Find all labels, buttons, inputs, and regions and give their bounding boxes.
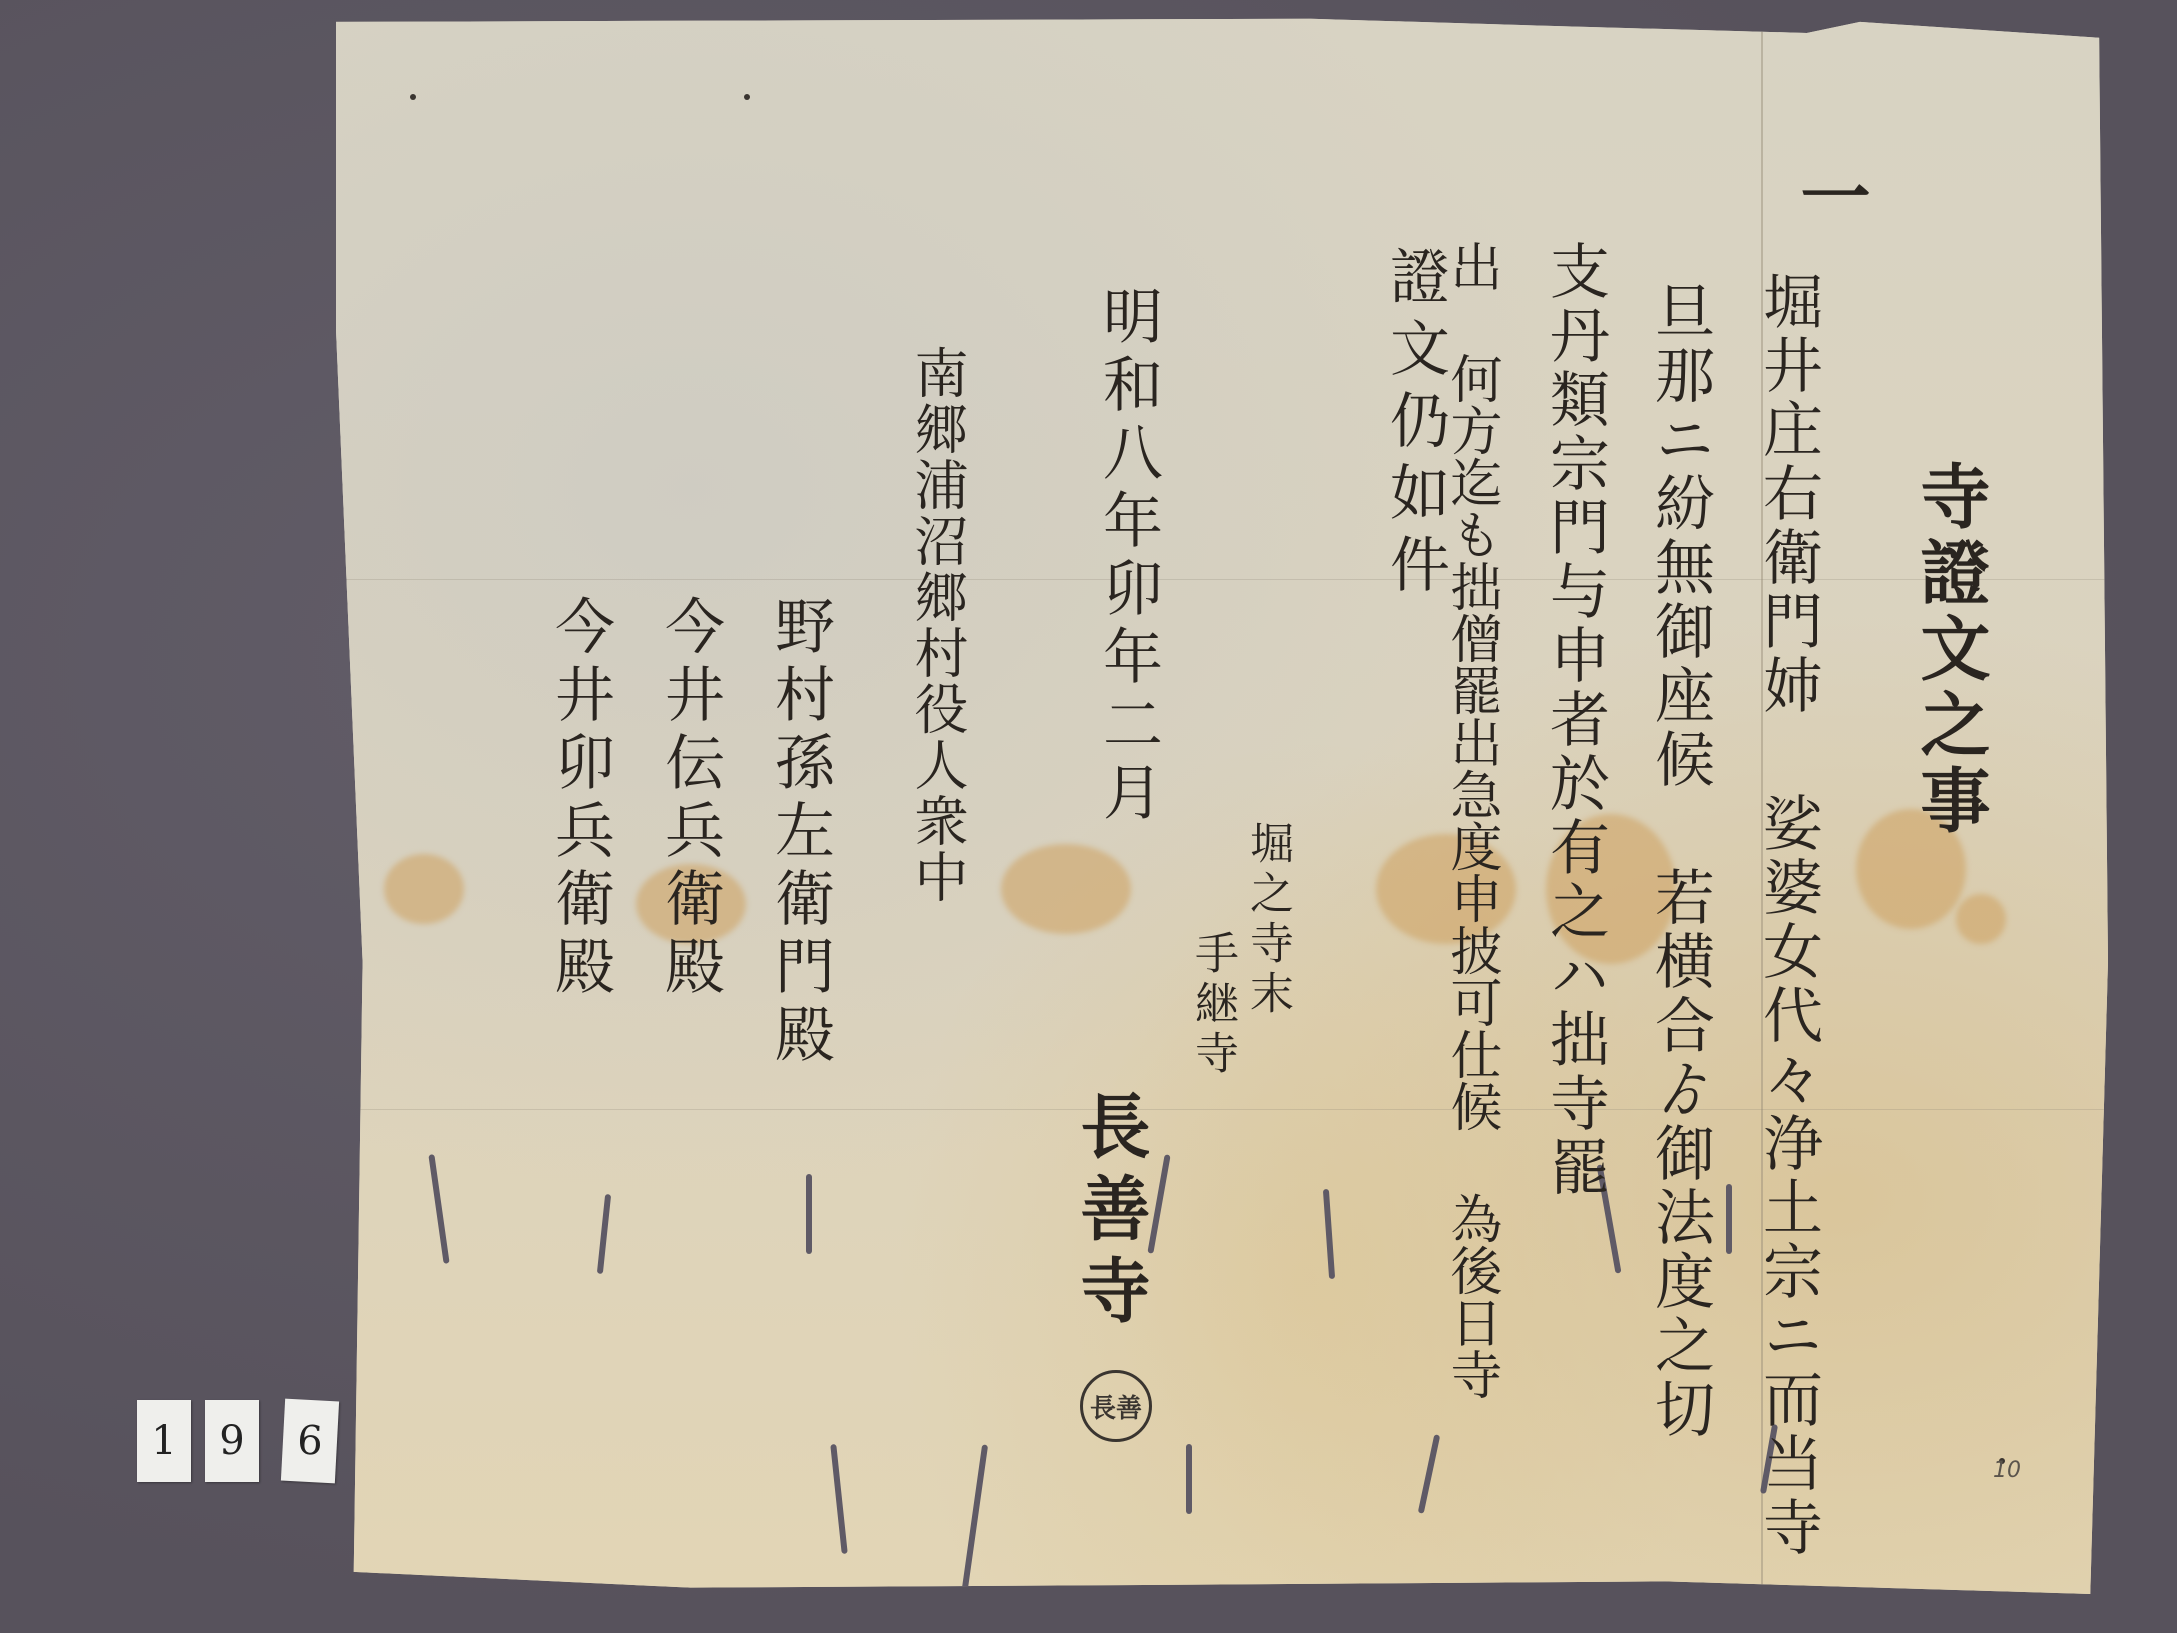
- worm-hole: [960, 1444, 988, 1603]
- recipient-1: 野村孫左衛門殿: [770, 595, 830, 1071]
- water-stain: [384, 854, 464, 924]
- pencil-note: 10: [1993, 1458, 2021, 1483]
- water-stain: [1001, 844, 1131, 934]
- catalog-digit: 6: [281, 1399, 339, 1484]
- temple-seal: 長善: [1080, 1370, 1152, 1442]
- worm-hole: [597, 1194, 611, 1274]
- document-title: 寺證文之事: [1915, 460, 1985, 840]
- body-column-2: 旦那ニ紛無御座候 若横合ゟ御法度之切: [1650, 280, 1710, 1442]
- worm-hole: [1323, 1189, 1335, 1279]
- pin-mark: [744, 94, 750, 100]
- document-date: 明和八年卯年二月: [1098, 285, 1158, 829]
- horizontal-crease: [336, 1109, 2108, 1110]
- worm-hole: [830, 1444, 847, 1554]
- signatory-role: 手継寺: [1190, 930, 1234, 1080]
- recipient-3: 今井卯兵衛殿: [550, 595, 610, 1003]
- water-stain: [1956, 894, 2006, 944]
- worm-hole: [428, 1154, 449, 1264]
- signatory-location: 堀之寺末: [1245, 820, 1289, 1020]
- worm-hole: [1418, 1434, 1441, 1513]
- body-column-5: 證文仍如件: [1385, 245, 1445, 605]
- body-column-4: 出 何方迄も拙僧罷出急度申披可仕候 為後日寺: [1445, 240, 1497, 1400]
- addressee: 南郷浦沼郷村役人衆中: [910, 345, 964, 905]
- horizontal-crease: [336, 579, 2108, 580]
- body-marker: 一: [1795, 160, 1865, 236]
- catalog-digit: 9: [205, 1400, 259, 1482]
- worm-hole: [1186, 1444, 1192, 1514]
- recipient-2: 今井伝兵衛殿: [660, 595, 720, 1003]
- body-column-3: 支丹類宗門与申者於有之ハ拙寺罷: [1545, 240, 1605, 1200]
- body-column-1: 堀井庄右衛門姉 娑婆女代々浄土宗ニ而当寺: [1758, 270, 1818, 1560]
- pin-mark: [410, 94, 416, 100]
- worm-hole: [806, 1174, 812, 1254]
- signatory-temple: 長善寺: [1075, 1090, 1145, 1336]
- catalog-digit: 1: [137, 1400, 191, 1482]
- worm-hole: [1726, 1184, 1732, 1254]
